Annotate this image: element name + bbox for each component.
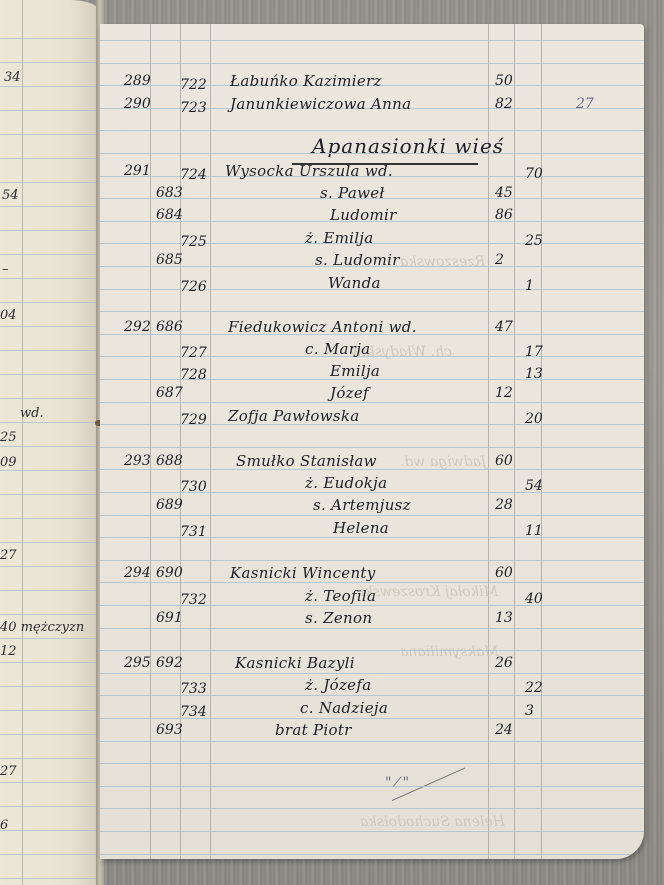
person-name: Fiedukowicz Antoni wd. (228, 320, 417, 335)
house-number: 293 (124, 454, 151, 468)
ruled-line (100, 763, 644, 764)
ruled-line (0, 254, 100, 255)
male-entry-number: 688 (156, 454, 183, 468)
column-rule-notes (541, 24, 542, 859)
left-page-fragment-text: – (2, 262, 9, 277)
male-entry-number: 693 (156, 723, 183, 737)
ruled-line (100, 741, 644, 742)
person-name: Józef (330, 386, 369, 401)
age-male: 86 (495, 208, 513, 222)
age-female: 11 (525, 524, 543, 538)
ruled-line (0, 302, 100, 303)
house-number: 289 (124, 74, 151, 88)
house-number: 295 (124, 656, 151, 670)
male-entry-number: 685 (156, 253, 183, 267)
female-entry-number: 733 (180, 682, 207, 696)
age-male: 47 (495, 320, 513, 334)
left-page-fragment-text: 04 (0, 308, 17, 323)
person-name: Kasnicki Wincenty (230, 566, 376, 581)
ruled-line (100, 515, 644, 516)
ruled-line (100, 447, 644, 448)
female-entry-number: 724 (180, 168, 207, 182)
person-name: Emilja (330, 364, 380, 379)
ruled-line (100, 808, 644, 809)
ruled-line (0, 182, 100, 183)
male-entry-number: 687 (156, 386, 183, 400)
left-page-fragment-text: 34 (4, 70, 21, 85)
age-male: 24 (495, 723, 513, 737)
ruled-line (0, 470, 100, 471)
age-female: 1 (525, 279, 534, 293)
ruled-line (0, 590, 100, 591)
age-female: 20 (525, 412, 543, 426)
ruled-line (0, 446, 100, 447)
ruled-line (0, 566, 100, 567)
ruled-line (0, 110, 100, 111)
ruled-line (0, 398, 100, 399)
female-entry-number: 732 (180, 593, 207, 607)
ruled-line (0, 758, 100, 759)
ruled-line (0, 86, 100, 87)
person-name: ż. Teofila (305, 589, 376, 604)
ruled-line (0, 662, 100, 663)
ruled-line (0, 494, 100, 495)
person-name: s. Ludomir (315, 253, 400, 268)
female-entry-number: 725 (180, 235, 207, 249)
ruled-line (100, 311, 644, 312)
age-female: 54 (525, 479, 543, 493)
male-entry-number: 692 (156, 656, 183, 670)
left-page-fragment-text: wd. (20, 406, 44, 421)
person-name: Wysocka Urszula wd. (225, 164, 393, 179)
left-page-fragment-text: 25 (0, 430, 17, 445)
ruled-line (0, 158, 100, 159)
ruled-line (0, 878, 100, 879)
left-page-fragment: 3454–04wd.25092740 mężczyzn12276 (0, 0, 100, 885)
ruled-line (0, 782, 100, 783)
age-male: 26 (495, 656, 513, 670)
column-rule-female-no (210, 24, 211, 859)
ruled-line (0, 374, 100, 375)
person-name: c. Nadzieja (300, 701, 388, 716)
ruled-line (0, 806, 100, 807)
ruled-line (0, 518, 100, 519)
ruled-line (0, 854, 100, 855)
age-male: 12 (495, 386, 513, 400)
ruled-line (0, 830, 100, 831)
house-number: 294 (124, 566, 151, 580)
female-entry-number: 731 (180, 525, 207, 539)
person-name: Łabuńko Kazimierz (230, 74, 382, 89)
left-page-fragment-text: 09 (0, 455, 17, 470)
age-female: 13 (525, 367, 543, 381)
ruled-line (100, 786, 644, 787)
ruled-line (0, 686, 100, 687)
person-name: ż. Eudokja (305, 476, 387, 491)
person-name: brat Piotr (275, 723, 352, 738)
female-entry-number: 730 (180, 480, 207, 494)
ruled-line (0, 62, 100, 63)
age-male: 2 (495, 253, 504, 267)
column-rule-age-female (514, 24, 515, 859)
male-entry-number: 689 (156, 498, 183, 512)
ruled-line (0, 542, 100, 543)
female-entry-number: 727 (180, 346, 207, 360)
ruled-line (0, 422, 100, 423)
person-name: c. Marja (305, 342, 370, 357)
ruled-line (100, 831, 644, 832)
ruled-line (0, 278, 100, 279)
male-entry-number: 683 (156, 186, 183, 200)
column-rule-house (150, 24, 151, 859)
left-page-fragment-text: 40 mężczyzn (0, 620, 84, 635)
ruled-line (0, 614, 100, 615)
person-name: s. Paweł (320, 186, 385, 201)
female-entry-number: 734 (180, 705, 207, 719)
ruled-line (100, 153, 644, 154)
female-entry-number: 728 (180, 368, 207, 382)
ruled-line (0, 638, 100, 639)
age-male: 13 (495, 611, 513, 625)
age-female: 3 (525, 704, 534, 718)
person-name: Janunkiewiczowa Anna (230, 97, 411, 112)
age-male: 45 (495, 186, 513, 200)
left-page-fragment-text: 12 (0, 644, 17, 659)
age-female: 25 (525, 234, 543, 248)
left-page-column-rule (22, 0, 23, 885)
ruled-line (100, 402, 644, 403)
person-name: Zofja Pawłowska (228, 409, 360, 424)
female-entry-number: 722 (180, 78, 207, 92)
person-name: Wanda (328, 276, 381, 291)
ruled-line (0, 230, 100, 231)
male-entry-number: 691 (156, 611, 183, 625)
age-male: 82 (495, 97, 513, 111)
left-page-fragment-text: 6 (0, 818, 8, 833)
female-entry-number: 726 (180, 280, 207, 294)
house-number: 292 (124, 320, 151, 334)
person-name: ż. Emilja (305, 231, 374, 246)
house-number: 290 (124, 97, 151, 111)
age-female: 17 (525, 345, 543, 359)
ruled-line (100, 130, 644, 131)
female-entry-number: 729 (180, 413, 207, 427)
male-entry-number: 686 (156, 320, 183, 334)
age-female: 70 (525, 167, 543, 181)
ruled-line (100, 673, 644, 674)
ruled-line (100, 560, 644, 561)
person-name: s. Zenon (305, 611, 372, 626)
age-male: 60 (495, 566, 513, 580)
male-entry-number: 684 (156, 208, 183, 222)
person-name: Smułko Stanisław (236, 454, 377, 469)
ruled-line (0, 710, 100, 711)
ruled-line (0, 326, 100, 327)
person-name: ż. Józefa (305, 678, 371, 693)
person-name: Ludomir (330, 208, 397, 223)
ruled-line (0, 350, 100, 351)
person-name: Kasnicki Bazyli (235, 656, 355, 671)
ruled-line (0, 134, 100, 135)
pencil-note: 27 (576, 97, 594, 111)
age-male: 60 (495, 454, 513, 468)
left-page-fragment-text: 27 (0, 548, 17, 563)
ruled-line (0, 206, 100, 207)
ruled-line (0, 38, 100, 39)
left-page-fragment-text: 27 (0, 764, 17, 779)
male-entry-number: 690 (156, 566, 183, 580)
house-number: 291 (124, 164, 151, 178)
person-name: Helena (333, 521, 389, 536)
ruled-line (100, 582, 644, 583)
age-female: 40 (525, 592, 543, 606)
ruled-line (100, 854, 644, 855)
ruled-line (100, 63, 644, 64)
ruled-line (100, 650, 644, 651)
closing-ditto-marks: " ⁄ " (385, 776, 409, 790)
person-name: s. Artemjusz (313, 498, 411, 513)
register-page: Apanasionki wieś " ⁄ " Rzeszowska ch. Wł… (100, 24, 644, 859)
ruled-line (0, 734, 100, 735)
female-entry-number: 723 (180, 101, 207, 115)
left-page-fragment-text: 54 (2, 188, 19, 203)
age-male: 28 (495, 498, 513, 512)
age-male: 50 (495, 74, 513, 88)
ruled-line (100, 628, 644, 629)
ruled-line (100, 40, 644, 41)
age-female: 22 (525, 681, 543, 695)
